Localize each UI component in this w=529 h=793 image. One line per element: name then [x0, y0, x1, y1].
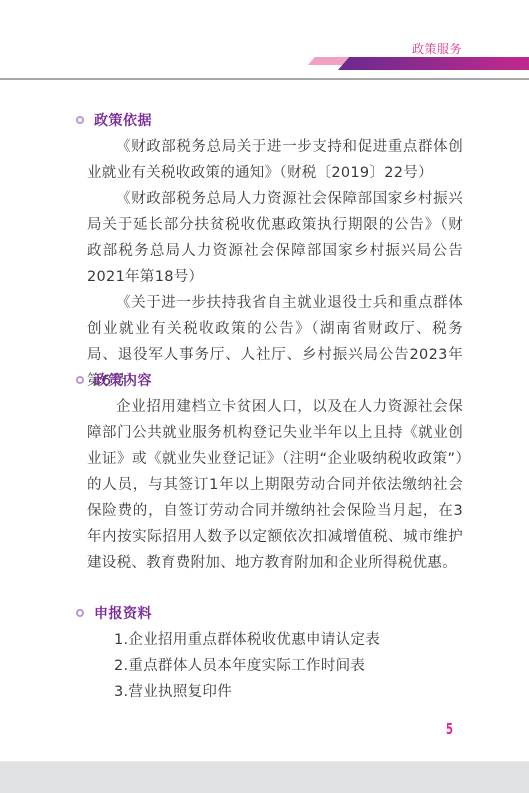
page-number: 5	[446, 720, 453, 738]
section-title: 政策内容	[94, 370, 152, 390]
header-divider	[0, 78, 529, 80]
section-policy-content: 政策内容 企业招用建档立卡贫困人口，以及在人力资源社会保障部门公共就业服务机构登…	[76, 370, 476, 576]
ring-bullet-icon	[76, 609, 84, 617]
section-policy-basis: 政策依据 《财政部税务总局关于进一步支持和促进重点群体创业就业有关税收政策的通知…	[76, 110, 476, 394]
section-title: 申报资料	[94, 603, 152, 623]
section-body: 企业招用建档立卡贫困人口，以及在人力资源社会保障部门公共就业服务机构登记失业半年…	[87, 394, 463, 576]
ring-bullet-icon	[76, 376, 84, 384]
section-body: 《财政部税务总局关于进一步支持和促进重点群体创业就业有关税收政策的通知》（财税〔…	[87, 134, 463, 394]
section-application-materials: 申报资料 1.企业招用重点群体税收优惠申请认定表 2.重点群体人员本年度实际工作…	[76, 603, 476, 705]
section-heading: 政策内容	[76, 370, 476, 390]
ring-bullet-icon	[76, 116, 84, 124]
section-title: 政策依据	[94, 110, 152, 130]
list-item: 2.重点群体人员本年度实际工作时间表	[114, 653, 476, 679]
list-item: 3.营业执照复印件	[114, 679, 476, 705]
header-accent-stripe	[308, 57, 349, 65]
section-heading: 政策依据	[76, 110, 476, 130]
materials-list: 1.企业招用重点群体税收优惠申请认定表 2.重点群体人员本年度实际工作时间表 3…	[114, 627, 476, 705]
policy-content-paragraph: 企业招用建档立卡贫困人口，以及在人力资源社会保障部门公共就业服务机构登记失业半年…	[87, 394, 463, 576]
policy-document-paragraph: 《财政部税务总局人力资源社会保障部国家乡村振兴局关于延长部分扶贫税收优惠政策执行…	[87, 186, 463, 290]
header-title: 政策服务	[412, 40, 462, 57]
header-gradient-bar	[338, 57, 529, 70]
list-item: 1.企业招用重点群体税收优惠申请认定表	[114, 627, 476, 653]
section-heading: 申报资料	[76, 603, 476, 623]
footer-band	[0, 761, 529, 793]
policy-document-paragraph: 《财政部税务总局关于进一步支持和促进重点群体创业就业有关税收政策的通知》（财税〔…	[87, 134, 463, 186]
